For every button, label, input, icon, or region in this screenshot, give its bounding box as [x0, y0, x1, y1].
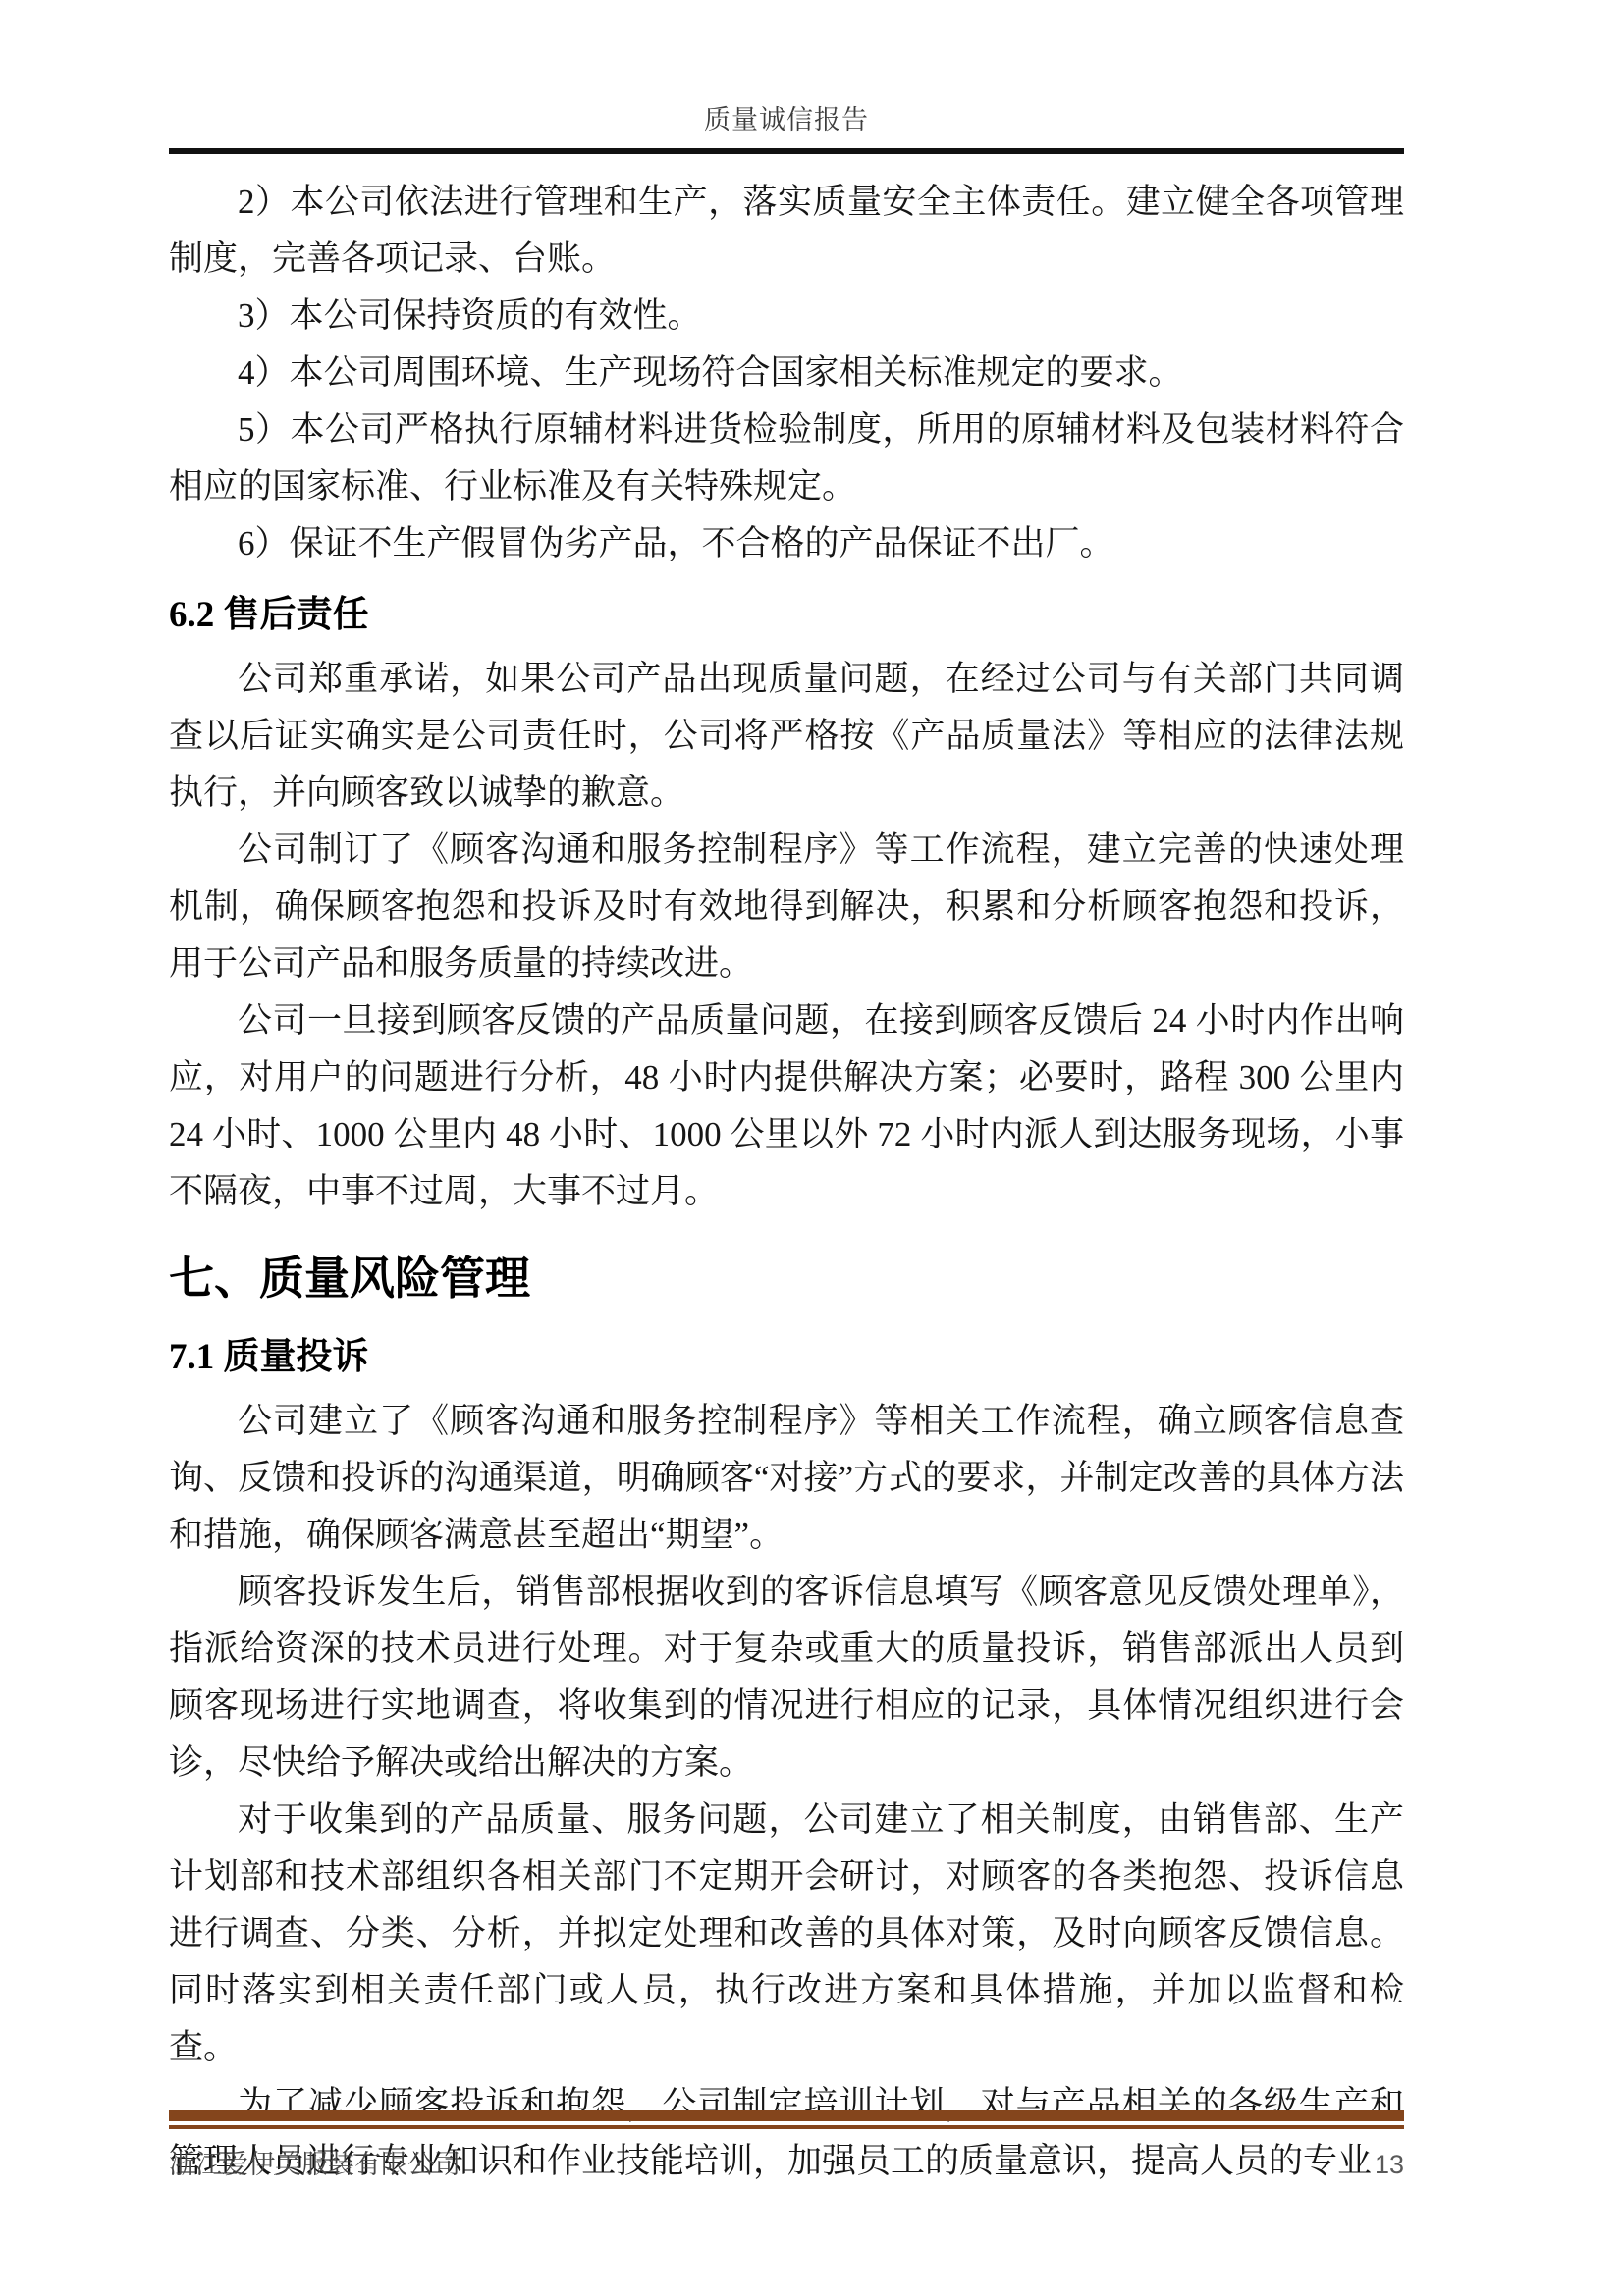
page-header: 质量诚信报告: [169, 0, 1404, 136]
document-body: 2）本公司依法进行管理和生产，落实质量安全主体责任。建立健全各项管理制度，完善各…: [169, 174, 1404, 2190]
list-item: 5）本公司严格执行原辅材料进货检验制度，所用的原辅材料及包装材料符合相应的国家标…: [169, 401, 1404, 515]
section-heading: 6.2 售后责任: [169, 588, 1404, 643]
paragraph: 公司一旦接到顾客反馈的产品质量问题，在接到顾客反馈后 24 小时内作出响应，对用…: [169, 992, 1404, 1220]
paragraph: 顾客投诉发生后，销售部根据收到的客诉信息填写《顾客意见反馈处理单》，指派给资深的…: [169, 1564, 1404, 1791]
chapter-heading: 七、质量风险管理: [169, 1248, 1404, 1310]
list-item: 4）本公司周围环境、生产现场符合国家相关标准规定的要求。: [169, 345, 1404, 401]
paragraph: 公司郑重承诺，如果公司产品出现质量问题，在经过公司与有关部门共同调查以后证实确实…: [169, 651, 1404, 822]
page-footer: 浙江爱伊美服装有限公司 13: [169, 2110, 1404, 2181]
list-item: 2）本公司依法进行管理和生产，落实质量安全主体责任。建立健全各项管理制度，完善各…: [169, 174, 1404, 288]
paragraph: 公司建立了《顾客沟通和服务控制程序》等相关工作流程，确立顾客信息查询、反馈和投诉…: [169, 1393, 1404, 1564]
footer-page-number: 13: [1375, 2150, 1404, 2180]
page-content: 质量诚信报告 2）本公司依法进行管理和生产，落实质量安全主体责任。建立健全各项管…: [169, 0, 1404, 2190]
report-page: 质量诚信报告 2）本公司依法进行管理和生产，落实质量安全主体责任。建立健全各项管…: [0, 0, 1624, 2296]
header-rule: [169, 148, 1404, 154]
list-item: 6）保证不生产假冒伪劣产品，不合格的产品保证不出厂。: [169, 515, 1404, 572]
paragraph: 对于收集到的产品质量、服务问题，公司建立了相关制度，由销售部、生产计划部和技术部…: [169, 1791, 1404, 2076]
footer-accent-bar-thick: [169, 2110, 1404, 2121]
footer-row: 浙江爱伊美服装有限公司 13: [169, 2143, 1404, 2181]
footer-company-name: 浙江爱伊美服装有限公司: [169, 2143, 460, 2181]
footer-accent-bar-thin: [169, 2125, 1404, 2129]
sub-heading: 7.1 质量投诉: [169, 1330, 1404, 1385]
list-item: 3）本公司保持资质的有效性。: [169, 288, 1404, 345]
page-header-title: 质量诚信报告: [704, 105, 869, 134]
paragraph: 公司制订了《顾客沟通和服务控制程序》等工作流程，建立完善的快速处理机制，确保顾客…: [169, 822, 1404, 992]
